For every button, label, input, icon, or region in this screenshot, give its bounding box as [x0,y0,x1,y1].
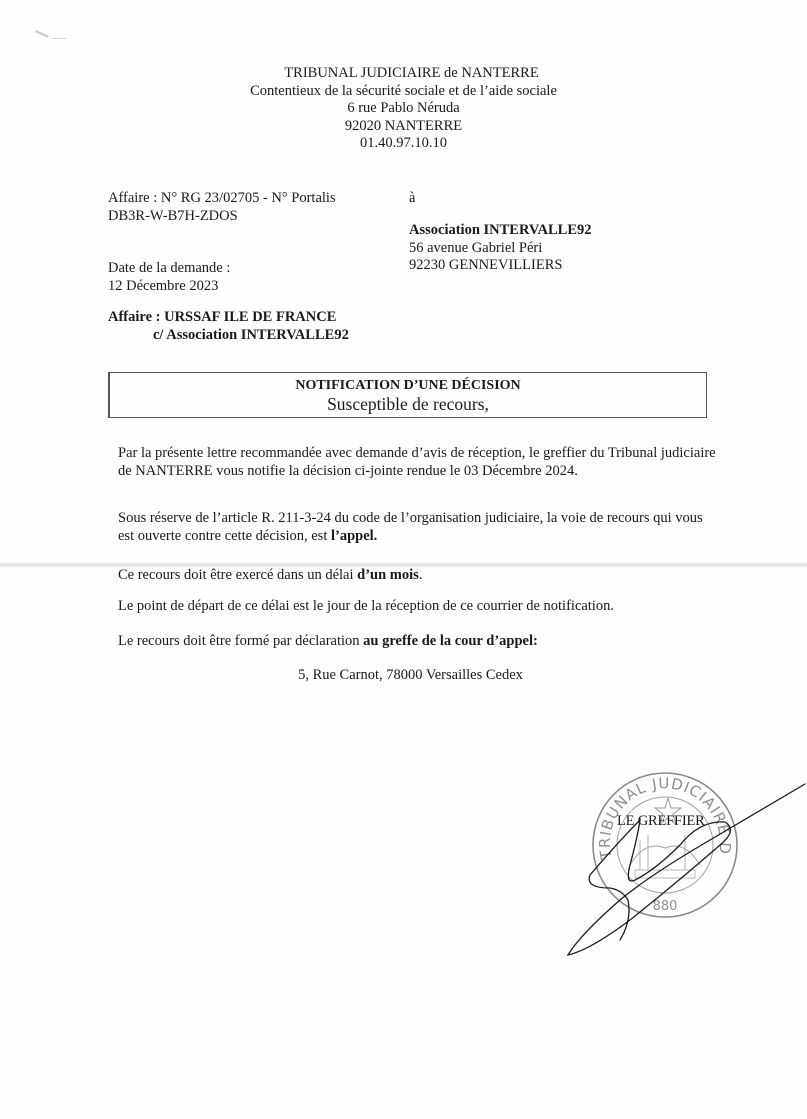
scan-artifact [35,30,49,38]
parties-defendant: c/ Association INTERVALLE92 [108,327,349,345]
paragraph-deadline: Ce recours doit être exercé dans un déla… [118,567,718,585]
deadline-text: Ce recours doit être exercé dans un déla… [118,567,357,583]
court-letterhead: TRIBUNAL JUDICIAIRE de NANTERRE Contenti… [0,65,807,153]
case-parties: Affaire : URSSAF ILE DE FRANCE c/ Associ… [108,309,349,344]
request-date: Date de la demande : 12 Décembre 2023 [108,260,230,295]
court-phone: 01.40.97.10.10 [0,135,807,153]
deadline-bold: d’un mois [357,567,419,583]
signature-icon [560,770,807,960]
appeal-route-text: Sous réserve de l’article R. 211-3-24 du… [118,510,703,544]
court-name: TRIBUNAL JUDICIAIRE de NANTERRE [0,65,807,83]
filing-text: Le recours doit être formé par déclarati… [118,633,363,649]
notification-subtitle: Susceptible de recours, [110,394,706,414]
paragraph-filing: Le recours doit être formé par déclarati… [118,633,718,651]
court-street: 6 rue Pablo Néruda [0,100,807,118]
recipient-address: Association INTERVALLE92 56 avenue Gabri… [409,222,592,275]
paragraph-notification: Par la présente lettre recommandée avec … [118,445,718,480]
recipient-name: Association INTERVALLE92 [409,222,592,240]
appeal-court-address: 5, Rue Carnot, 78000 Versailles Cedex [0,667,807,685]
paragraph-start-point: Le point de départ de ce délai est le jo… [118,598,718,616]
document-page: TRIBUNAL JUDICIAIRE de NANTERRE Contenti… [0,0,807,1119]
recipient-street: 56 avenue Gabriel Péri [409,240,592,258]
notification-title-box: NOTIFICATION D’UNE DÉCISION Susceptible … [108,372,707,418]
request-date-value: 12 Décembre 2023 [108,278,230,296]
notification-title: NOTIFICATION D’UNE DÉCISION [110,378,706,394]
appeal-route-bold: l’appel. [331,528,377,544]
request-date-label: Date de la demande : [108,260,230,278]
scan-artifact [52,38,66,39]
parties-plaintiff: Affaire : URSSAF ILE DE FRANCE [108,309,349,327]
court-division: Contentieux de la sécurité sociale et de… [0,83,807,101]
case-reference: Affaire : N° RG 23/02705 - N° Portalis D… [108,190,336,225]
recipient-prefix: à [409,190,415,208]
recipient-city: 92230 GENNEVILLIERS [409,257,592,275]
deadline-end: . [419,567,423,583]
court-city: 92020 NANTERRE [0,118,807,136]
filing-bold: au greffe de la cour d’appel: [363,633,538,649]
case-reference-line2: DB3R-W-B7H-ZDOS [108,208,336,226]
case-reference-line1: Affaire : N° RG 23/02705 - N° Portalis [108,190,336,208]
paragraph-appeal-route: Sous réserve de l’article R. 211-3-24 du… [118,510,718,545]
